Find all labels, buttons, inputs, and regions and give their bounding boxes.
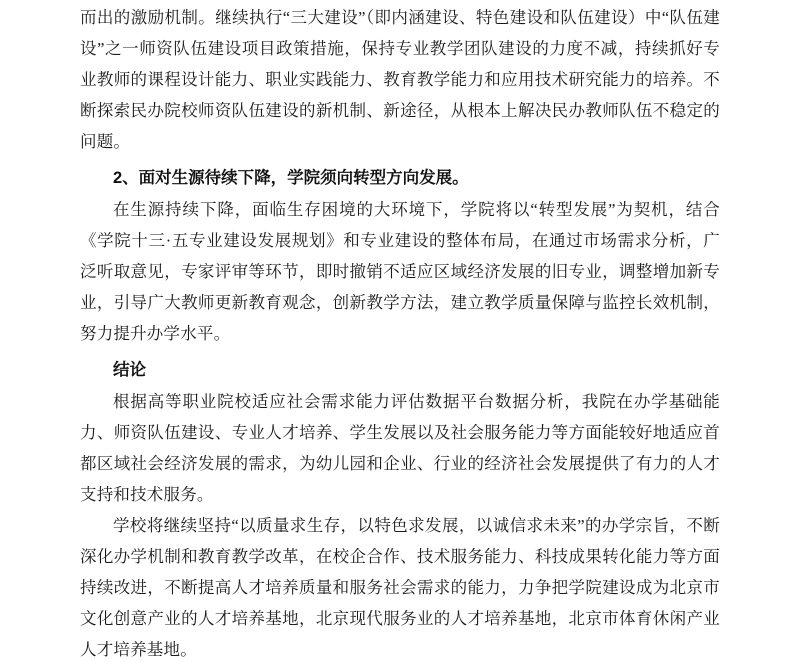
document-page: 而出的激励机制。继续执行“三大建设”（即内涵建设、特色建设和队伍建设）中“队伍建…	[0, 0, 800, 662]
paragraph-transformation: 在生源持续下降，面临生存困境的大环境下，学院将以“转型发展”为契机，结合《学院十…	[80, 194, 720, 349]
section-heading-2: 2、面对生源待续下降，学院须向转型方向发展。	[80, 163, 720, 194]
paragraph-conclusion-1: 根据高等职业院校适应社会需求能力评估数据平台数据分析，我院在办学基础能力、师资队…	[80, 386, 720, 510]
conclusion-heading: 结论	[80, 355, 720, 386]
paragraph-conclusion-2: 学校将继续坚持“以质量求生存，以特色求发展，以诚信求未来”的办学宗旨，不断深化办…	[80, 510, 720, 662]
paragraph-continuation: 而出的激励机制。继续执行“三大建设”（即内涵建设、特色建设和队伍建设）中“队伍建…	[80, 2, 720, 157]
